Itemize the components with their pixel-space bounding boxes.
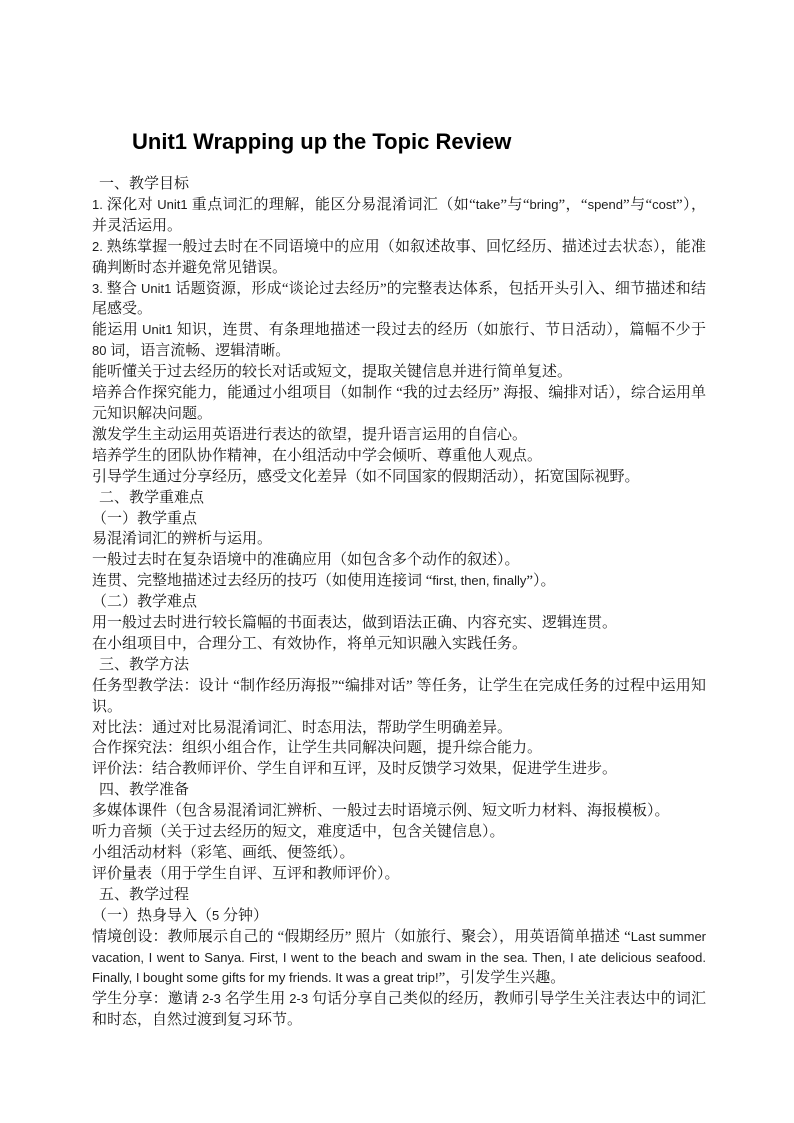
text-run: 培养合作探究能力，能通过小组项目（如制作 “我的过去经历” 海报、编排对话），综… xyxy=(92,385,706,422)
paragraph: 学生分享：邀请 2-3 名学生用 2-3 句话分享自己类似的经历，教师引导学生关… xyxy=(92,989,706,1031)
latin-text-run: Unit1 xyxy=(157,197,187,212)
text-run: 小组活动材料（彩笔、画纸、便签纸）。 xyxy=(92,845,355,861)
text-run: 词，语言流畅、逻辑清晰。 xyxy=(106,343,290,359)
text-run: 一般过去时在复杂语境中的准确应用（如包含多个动作的叙述）。 xyxy=(92,552,520,568)
paragraph: 评价量表（用于学生自评、互评和教师评价）。 xyxy=(92,864,706,885)
paragraph: 引导学生通过分享经历，感受文化差异（如不同国家的假期活动），拓宽国际视野。 xyxy=(92,467,706,488)
paragraph: 对比法：通过对比易混淆词汇、时态用法，帮助学生明确差异。 xyxy=(92,718,706,739)
text-run: 易混淆词汇的辨析与运用。 xyxy=(92,531,272,547)
text-run: 引导学生通过分享经历，感受文化差异（如不同国家的假期活动），拓宽国际视野。 xyxy=(92,469,640,485)
latin-text-run: first, then, finally xyxy=(432,573,526,588)
text-run: 评价法：结合教师评价、学生自评和互评，及时反馈学习效果，促进学生进步。 xyxy=(92,761,617,777)
paragraph: 连贯、完整地描述过去经历的技巧（如使用连接词 “first, then, fin… xyxy=(92,571,706,592)
paragraph: 小组活动材料（彩笔、画纸、便签纸）。 xyxy=(92,843,706,864)
latin-text-run: 1. xyxy=(92,197,107,212)
paragraph: 培养学生的团队协作精神，在小组活动中学会倾听、尊重他人观点。 xyxy=(92,446,706,467)
section-heading: 五、教学过程 xyxy=(92,885,706,906)
text-run: 话题资源，形成“谈论过去经历”的完整表达体系，包括开头引入、细节描述和结尾感受。 xyxy=(92,281,706,318)
text-run: ”与“ xyxy=(623,197,652,213)
text-run: 熟练掌握一般过去时在不同语境中的应用（如叙述故事、回忆经历、描述过去状态），能准… xyxy=(92,239,706,276)
paragraph: 合作探究法：组织小组合作，让学生共同解决问题，提升综合能力。 xyxy=(92,738,706,759)
paragraph: 听力音频（关于过去经历的短文，难度适中，包含关键信息）。 xyxy=(92,822,706,843)
latin-text-run: 3. xyxy=(92,281,107,296)
paragraph: 培养合作探究能力，能通过小组项目（如制作 “我的过去经历” 海报、编排对话），综… xyxy=(92,383,706,425)
paragraph: 2. 熟练掌握一般过去时在不同语境中的应用（如叙述故事、回忆经历、描述过去状态）… xyxy=(92,237,706,279)
text-run: 深化对 xyxy=(107,197,157,213)
text-run: （一）热身导入（ xyxy=(92,908,212,924)
text-run: ”）。 xyxy=(526,573,555,589)
text-run: 连贯、完整地描述过去经历的技巧（如使用连接词 “ xyxy=(92,573,432,589)
text-run: 二、教学重难点 xyxy=(99,490,204,506)
text-run: 分钟） xyxy=(219,908,268,924)
subsection-heading: （一）教学重点 xyxy=(92,509,706,530)
text-run: 三、教学方法 xyxy=(99,657,189,673)
paragraph: 易混淆词汇的辨析与运用。 xyxy=(92,529,706,550)
paragraph: 用一般过去时进行较长篇幅的书面表达，做到语法正确、内容充实、逻辑连贯。 xyxy=(92,613,706,634)
latin-text-run: 2-3 xyxy=(289,991,308,1006)
paragraph: 1. 深化对 Unit1 重点词汇的理解，能区分易混淆词汇（如“take”与“b… xyxy=(92,195,706,237)
text-run: （二）教学难点 xyxy=(92,594,197,610)
subsection-heading: （二）教学难点 xyxy=(92,592,706,613)
text-run: 学生分享：邀请 xyxy=(92,991,202,1007)
latin-text-run: take xyxy=(476,197,501,212)
subsection-heading: （一）热身导入（5 分钟） xyxy=(92,906,706,927)
text-run: 评价量表（用于学生自评、互评和教师评价）。 xyxy=(92,866,400,882)
latin-text-run: cost xyxy=(652,197,676,212)
text-run: 知识，连贯、有条理地描述一段过去的经历（如旅行、节日活动），篇幅不少于 xyxy=(173,322,706,338)
text-run: 整合 xyxy=(107,281,141,297)
section-heading: 四、教学准备 xyxy=(92,780,706,801)
text-run: 听力音频（关于过去经历的短文，难度适中，包含关键信息）。 xyxy=(92,824,505,840)
latin-text-run: bring xyxy=(530,197,559,212)
text-run: 合作探究法：组织小组合作，让学生共同解决问题，提升综合能力。 xyxy=(92,740,542,756)
document-body: Unit1 Wrapping up the Topic Review 一、教学目… xyxy=(92,128,706,1031)
text-run: 重点词汇的理解，能区分易混淆词汇（如“ xyxy=(188,197,476,213)
paragraph: 评价法：结合教师评价、学生自评和互评，及时反馈学习效果，促进学生进步。 xyxy=(92,759,706,780)
paragraph: 能听懂关于过去经历的较长对话或短文，提取关键信息并进行简单复述。 xyxy=(92,362,706,383)
text-run: 任务型教学法：设计 “制作经历海报”“编排对话” 等任务，让学生在完成任务的过程… xyxy=(92,678,706,715)
section-heading: 三、教学方法 xyxy=(92,655,706,676)
text-run: 多媒体课件（包含易混淆词汇辨析、一般过去时语境示例、短文听力材料、海报模板）。 xyxy=(92,803,670,819)
paragraph: 多媒体课件（包含易混淆词汇辨析、一般过去时语境示例、短文听力材料、海报模板）。 xyxy=(92,801,706,822)
text-run: 在小组项目中，合理分工、有效协作，将单元知识融入实践任务。 xyxy=(92,636,527,652)
text-run: 能听懂关于过去经历的较长对话或短文，提取关键信息并进行简单复述。 xyxy=(92,364,572,380)
latin-text-run: 80 xyxy=(92,343,106,358)
text-run: 对比法：通过对比易混淆词汇、时态用法，帮助学生明确差异。 xyxy=(92,720,512,736)
paragraph: 激发学生主动运用英语进行表达的欲望，提升语言运用的自信心。 xyxy=(92,425,706,446)
text-run: （一）教学重点 xyxy=(92,511,197,527)
paragraph: 情境创设：教师展示自己的 “假期经历” 照片（如旅行、聚会），用英语简单描述 “… xyxy=(92,927,706,990)
text-run: 激发学生主动运用英语进行表达的欲望，提升语言运用的自信心。 xyxy=(92,427,527,443)
text-run: ”，“ xyxy=(558,197,587,213)
document-page: Unit1 Wrapping up the Topic Review 一、教学目… xyxy=(0,0,794,1123)
latin-text-run: Unit1 xyxy=(142,322,172,337)
paragraph-list: 一、教学目标1. 深化对 Unit1 重点词汇的理解，能区分易混淆词汇（如“ta… xyxy=(92,174,706,1031)
text-run: 情境创设：教师展示自己的 “假期经历” 照片（如旅行、聚会），用英语简单描述 “ xyxy=(92,929,631,945)
text-run: 四、教学准备 xyxy=(99,782,189,798)
text-run: 能运用 xyxy=(92,322,142,338)
paragraph: 一般过去时在复杂语境中的准确应用（如包含多个动作的叙述）。 xyxy=(92,550,706,571)
paragraph: 3. 整合 Unit1 话题资源，形成“谈论过去经历”的完整表达体系，包括开头引… xyxy=(92,279,706,321)
text-run: ”与“ xyxy=(500,197,529,213)
text-run: 五、教学过程 xyxy=(99,887,189,903)
section-heading: 一、教学目标 xyxy=(92,174,706,195)
document-title: Unit1 Wrapping up the Topic Review xyxy=(132,128,706,156)
paragraph: 在小组项目中，合理分工、有效协作，将单元知识融入实践任务。 xyxy=(92,634,706,655)
text-run: 名学生用 xyxy=(221,991,289,1007)
text-run: ”，引发学生兴趣。 xyxy=(439,970,566,986)
paragraph: 能运用 Unit1 知识，连贯、有条理地描述一段过去的经历（如旅行、节日活动），… xyxy=(92,320,706,362)
latin-text-run: Unit1 xyxy=(141,281,171,296)
paragraph: 任务型教学法：设计 “制作经历海报”“编排对话” 等任务，让学生在完成任务的过程… xyxy=(92,676,706,718)
latin-text-run: 2. xyxy=(92,239,107,254)
text-run: 一、教学目标 xyxy=(99,176,189,192)
text-run: 培养学生的团队协作精神，在小组活动中学会倾听、尊重他人观点。 xyxy=(92,448,542,464)
latin-text-run: 2-3 xyxy=(202,991,221,1006)
text-run: 用一般过去时进行较长篇幅的书面表达，做到语法正确、内容充实、逻辑连贯。 xyxy=(92,615,617,631)
latin-text-run: spend xyxy=(588,197,623,212)
section-heading: 二、教学重难点 xyxy=(92,488,706,509)
